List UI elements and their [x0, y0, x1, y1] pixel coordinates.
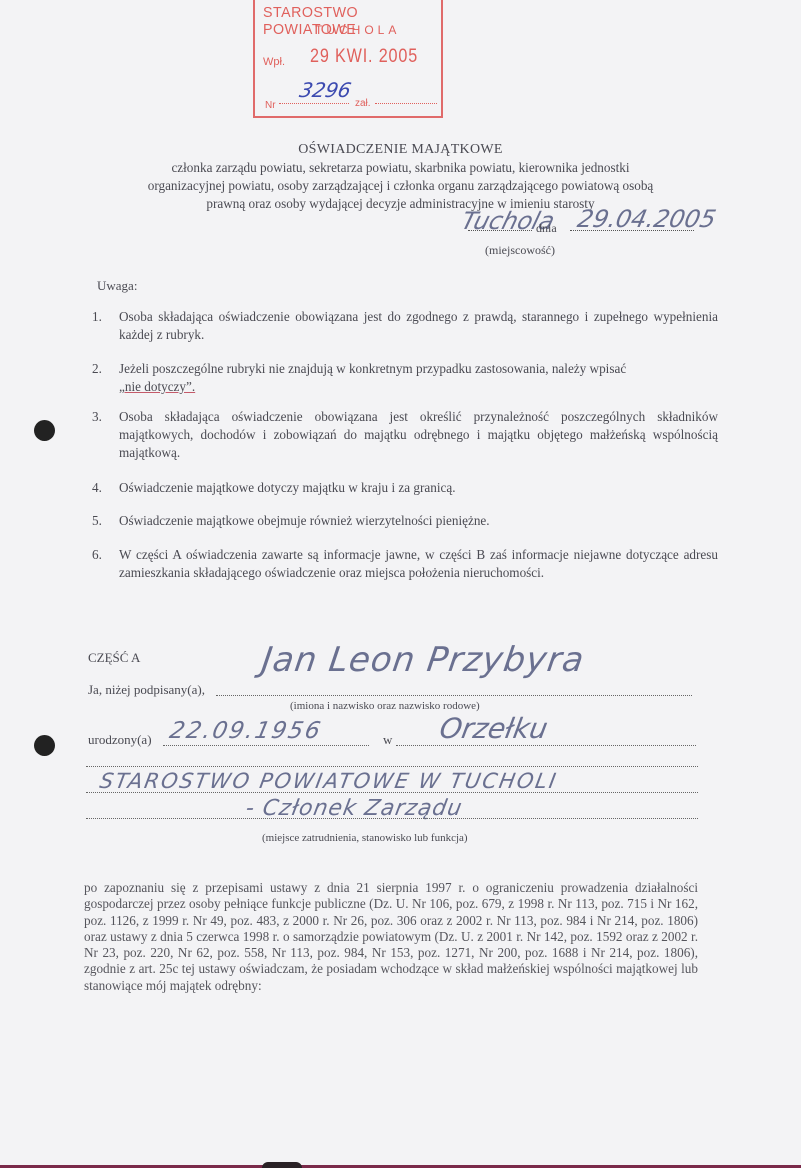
note-text: Osoba składająca oświadczenie obowiązana… [119, 408, 718, 462]
stamp-received-date: 29 KWI. 2005 [310, 46, 418, 68]
note-number: 1. [92, 308, 102, 326]
place-caption: (miejscowość) [485, 243, 555, 258]
employment-line-3[interactable] [86, 818, 698, 819]
name-field-line[interactable] [216, 695, 692, 696]
document-title: OŚWIADCZENIE MAJĄTKOWE [0, 142, 801, 158]
note-item: 2. Jeżeli poszczególne rubryki nie znajd… [92, 360, 718, 396]
date-dots [570, 230, 694, 231]
notes-heading: Uwaga: [97, 278, 137, 294]
born-place-value: Orzełku [437, 712, 550, 745]
stamp-zal-dots [375, 103, 437, 104]
note-text: Oświadczenie majątkowe obejmuje również … [119, 512, 718, 530]
note-number: 3. [92, 408, 102, 426]
note-text: Jeżeli poszczególne rubryki nie znajdują… [119, 360, 718, 396]
name-caption: (imiona i nazwisko oraz nazwisko rodowe) [290, 700, 480, 712]
note-item: 1. Osoba składająca oświadczenie obowiąz… [92, 308, 718, 344]
hole-punch [34, 420, 55, 441]
born-place-field-line[interactable] [396, 745, 696, 746]
note-number: 2. [92, 360, 102, 378]
born-date-value: 22.09.1956 [167, 718, 324, 744]
note-text-main: Jeżeli poszczególne rubryki nie znajdują… [119, 361, 626, 376]
part-a-heading: CZĘŚĆ A [88, 650, 140, 666]
note-number: 4. [92, 479, 102, 497]
name-value: Jan Leon Przybyra [259, 640, 587, 680]
born-in-label: w [383, 732, 392, 748]
note-text: W części A oświadczenia zawarte są infor… [119, 546, 718, 582]
note-number: 5. [92, 512, 102, 530]
note-item: 6. W części A oświadczenia zawarte są in… [92, 546, 718, 582]
stamp-number-label: Nr [265, 100, 276, 111]
note-number: 6. [92, 546, 102, 564]
employment-value-1: STAROSTWO POWIATOWE W TUCHOLI [98, 769, 560, 793]
document-page: STAROSTWO POWIATOWE TUCHOLA Wpł. 29 KWI.… [0, 0, 801, 1168]
employment-line-2[interactable] [86, 792, 698, 793]
scan-shadow [262, 1162, 302, 1168]
dnia-label: dnia [536, 221, 557, 236]
hole-punch [34, 735, 55, 756]
place-dots [468, 230, 532, 231]
stamp-number-value: 3296 [297, 78, 353, 102]
stamp-zal-label: zał. [355, 98, 371, 109]
note-item: 4. Oświadczenie majątkowe dotyczy majątk… [92, 479, 718, 497]
stamp-city: TUCHOLA [315, 23, 400, 37]
note-item: 5. Oświadczenie majątkowe obejmuje równi… [92, 512, 718, 530]
born-label: urodzony(a) [88, 732, 152, 748]
note-item: 3. Osoba składająca oświadczenie obowiąz… [92, 408, 718, 462]
employment-caption: (miejsce zatrudnienia, stanowisko lub fu… [262, 832, 468, 844]
subtitle-line: organizacyjnej powiatu, osoby zarządzają… [0, 177, 801, 195]
subtitle-line: członka zarządu powiatu, sekretarza powi… [0, 159, 801, 177]
stamp-number-dots [279, 103, 349, 104]
date-value: 29.04.2005 [575, 205, 718, 233]
legal-paragraph: po zapoznaniu się z przepisami ustawy z … [84, 880, 698, 994]
employment-line-1[interactable] [86, 766, 698, 767]
signed-label: Ja, niżej podpisany(a), [88, 682, 205, 698]
note-text: Osoba składająca oświadczenie obowiązana… [119, 308, 718, 344]
born-date-field-line[interactable] [163, 745, 369, 746]
note-text-underlined: „nie dotyczy”. [119, 379, 195, 394]
note-text: Oświadczenie majątkowe dotyczy majątku w… [119, 479, 718, 497]
registry-stamp: STAROSTWO POWIATOWE TUCHOLA Wpł. 29 KWI.… [253, 0, 443, 118]
stamp-received-label: Wpł. [263, 56, 285, 68]
